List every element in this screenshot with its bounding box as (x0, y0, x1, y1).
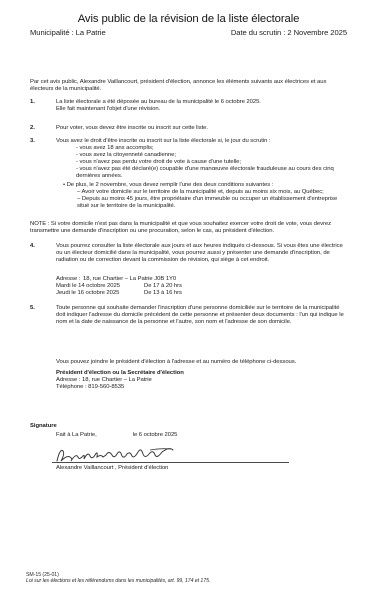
list-item-5: 5. Toute personne qui souhaite demander … (30, 305, 347, 326)
item-number: 4. (30, 243, 56, 264)
municipality-label: Municipalité : La Patrie (30, 28, 106, 37)
item-text: Vous pourrez consulter la liste électora… (56, 243, 347, 264)
schedule-row: Mardi le 14 octobre 2025 De 17 à 20 hrs (56, 283, 347, 290)
schedule-day: Jeudi le 16 octobre 2025 (56, 290, 144, 297)
signature-label: Signature (30, 423, 347, 430)
list-item-3: 3. Vous avez le droit d'être inscrite ou… (30, 138, 347, 210)
condition-item: – Avoir votre domicile sur le territoire… (77, 189, 347, 196)
item-text: Pour voter, vous devez être inscrite ou … (56, 125, 347, 132)
address-label: Adresse : (56, 276, 83, 283)
join-paragraph: Vous pouvez joindre le président d'élect… (30, 359, 347, 366)
address-value: 18, rue Chartier – La Patrie J0B 1Y0 (83, 276, 176, 283)
item-number: 1. (30, 99, 56, 113)
intro-paragraph: Par cet avis public, Alexandre Vaillanco… (30, 79, 347, 93)
eligibility-bullet: - vous avez 18 ans accomplis; (76, 145, 347, 152)
item-text: Vous avez le droit d'être inscrite ou in… (56, 138, 347, 145)
contact-address: Adresse : 18, rue Chartier – La Patrie (56, 377, 347, 384)
page-title: Avis public de la révision de la liste é… (30, 13, 347, 25)
note-paragraph: NOTE : Si votre domicile n'est pas dans … (30, 221, 347, 235)
item-text-line: La liste électorale a été déposée au bur… (56, 99, 347, 106)
item-number: 2. (30, 125, 56, 132)
footer: SM-15 (25-01) Loi sur les élections et l… (26, 572, 210, 585)
eligibility-bullet: - vous avez la citoyenneté canadienne; (76, 152, 347, 159)
schedule-hours: De 13 à 16 hrs (144, 290, 182, 297)
eligibility-bullet: - vous n'avez pas perdu votre droit de v… (76, 159, 347, 166)
schedule-address-row: Adresse : 18, rue Chartier – La Patrie J… (56, 276, 347, 283)
handwritten-signature (54, 445, 174, 465)
condition-item: – Depuis au moins 45 jours, être proprié… (77, 196, 347, 210)
eligibility-bullet: - vous n'avez pas été déclaré(e) coupabl… (76, 166, 347, 180)
consultation-schedule: Adresse : 18, rue Chartier – La Patrie J… (30, 276, 347, 297)
list-item-2: 2. Pour voter, vous devez être inscrite … (30, 125, 347, 132)
scrutin-date-label: Date du scrutin : 2 Novembre 2025 (231, 28, 347, 37)
schedule-row: Jeudi le 16 octobre 2025 De 13 à 16 hrs (56, 290, 347, 297)
schedule-hours: De 17 à 20 hrs (144, 283, 182, 290)
signature-block: Alexandre Vaillancourt , Président d'éle… (52, 444, 289, 472)
list-item-1: 1. La liste électorale a été déposée au … (30, 99, 347, 113)
additional-condition-intro: • De plus, le 2 novembre, vous devez rem… (56, 182, 347, 189)
item-number: 5. (30, 305, 56, 326)
contact-block: Président d'élection ou la Secrétaire d'… (30, 370, 347, 391)
contact-phone: Téléphone : 819-560-8535 (56, 384, 347, 391)
item-text: Toute personne qui souhaite demander l'i… (56, 305, 347, 326)
item-number: 3. (30, 138, 56, 210)
list-item-4: 4. Vous pourrez consulter la liste élect… (30, 243, 347, 264)
signature-date: le 6 octobre 2025 (133, 432, 178, 439)
signature-line (52, 444, 289, 463)
subheader-row: Municipalité : La Patrie Date du scrutin… (30, 28, 347, 37)
signatory-name: Alexandre Vaillancourt , Président d'éle… (52, 465, 289, 472)
schedule-day: Mardi le 14 octobre 2025 (56, 283, 144, 290)
document-page: Avis public de la révision de la liste é… (0, 0, 371, 600)
contact-title: Président d'élection ou la Secrétaire d'… (56, 370, 347, 377)
signature-place: Fait à La Patrie, (56, 432, 97, 439)
footer-form-code: SM-15 (25-01) (26, 572, 210, 579)
footer-law-reference: Loi sur les élections et les référendums… (26, 578, 210, 585)
item-text-line: Elle fait maintenant l'objet d'une révis… (56, 106, 347, 113)
signature-place-date: Fait à La Patrie, le 6 octobre 2025 (30, 432, 347, 439)
